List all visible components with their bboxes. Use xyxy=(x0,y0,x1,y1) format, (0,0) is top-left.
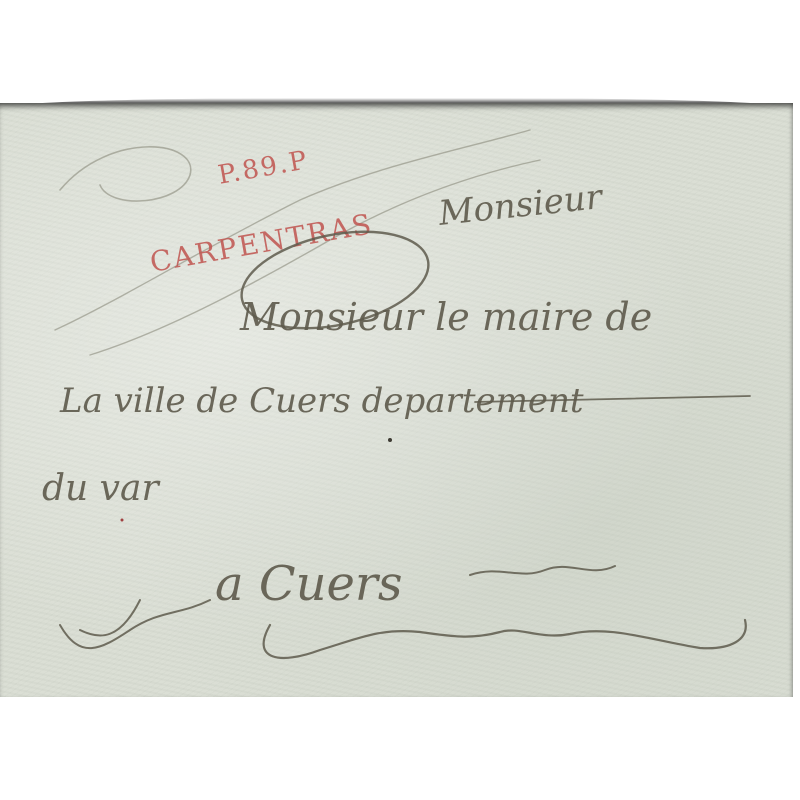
postmark: P.89.P CARPENTRAS xyxy=(135,136,375,279)
flourish-top-left xyxy=(60,147,191,201)
address-line-1: Monsieur xyxy=(436,177,606,234)
flourish-bottom-wave xyxy=(264,620,746,658)
letter-markings: P.89.P CARPENTRAS Monsieur Monsieur le m… xyxy=(0,0,800,800)
ink-speck xyxy=(388,438,392,442)
postmark-line1: P.89.P xyxy=(216,145,311,190)
postmark-line2: CARPENTRAS xyxy=(147,207,375,279)
address-line-4: du var xyxy=(42,468,160,509)
address-line-2: Monsieur le maire de xyxy=(239,295,652,339)
red-speck xyxy=(121,519,124,522)
address-line-5: a Cuers xyxy=(215,556,403,612)
cuers-tail-flourish xyxy=(470,566,615,575)
flourish-bottom-left xyxy=(60,600,210,648)
